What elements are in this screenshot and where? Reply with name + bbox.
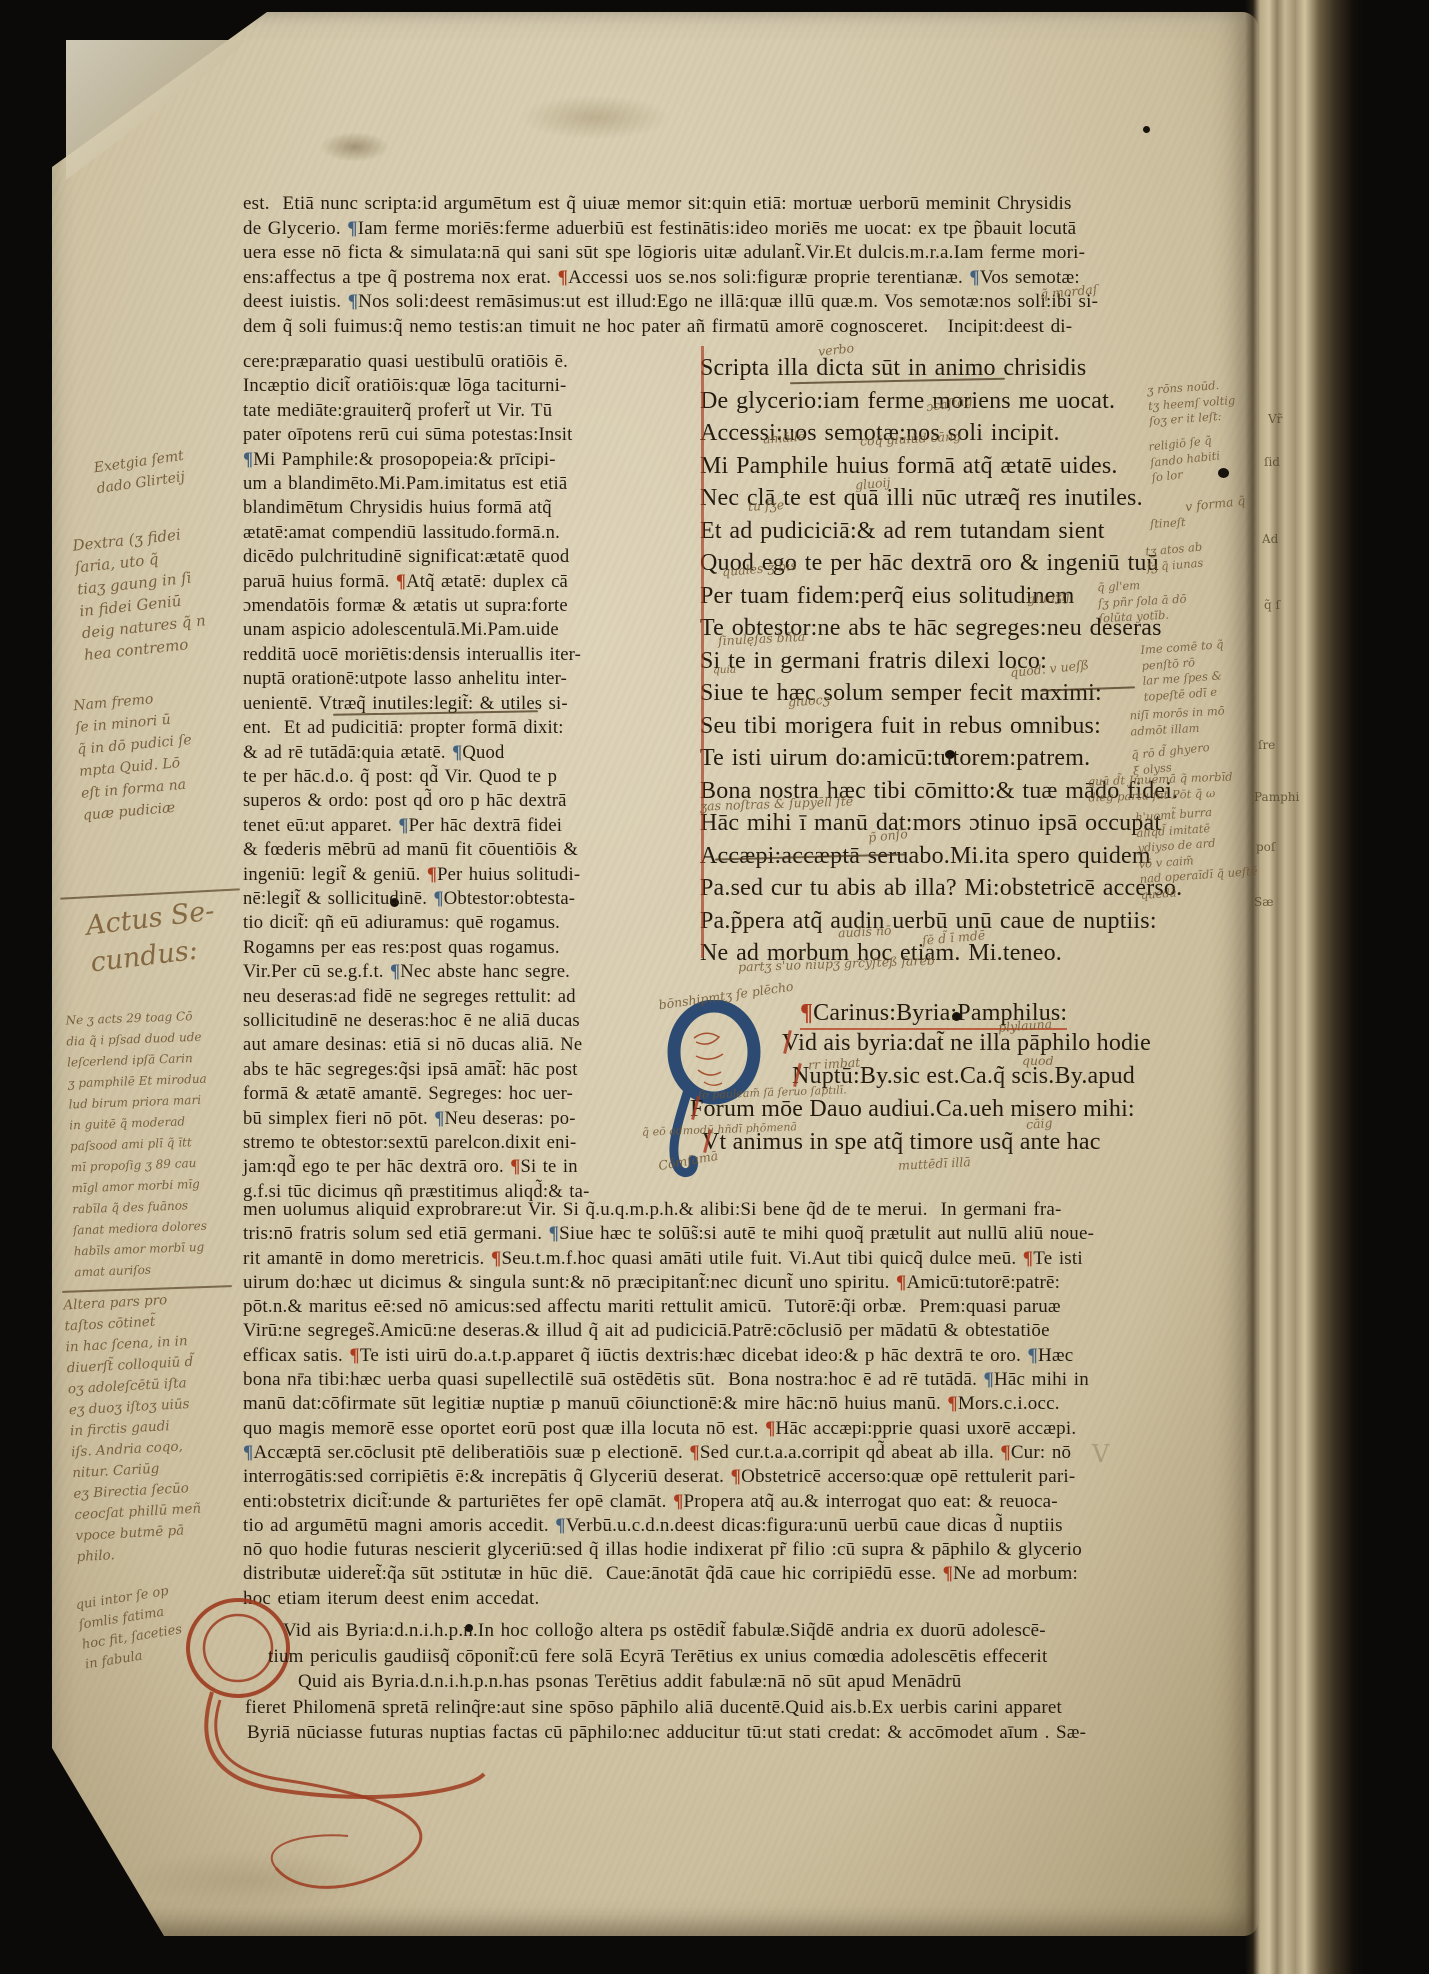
text-line: te per hāc.d.o. q̃ post: qd̃ Vir. Quod t… [243,765,663,789]
pilcrow-mark: ¶ [689,1442,699,1463]
interlinear-gloss: gluocʒ [788,692,831,710]
margin-note-dextra: Dextra (ʒ fideiſaria, uto q̃tiaʒ gaung i… [71,522,209,666]
margin-note-right: q̃ gl'emſʒ pñr ſola ā dōſolūta yotīb. [1097,576,1188,627]
interlinear-gloss: tu ſʒe [748,497,785,514]
text-line: formā & ætatē amantē. Segreges: hoc uer- [243,1082,663,1106]
text-line: um a blandimēto.Mi.Pam.imitatus est etiā [243,472,663,496]
interlinear-gloss: gluoʒij [1027,589,1070,607]
text-line: nē:legit̃ & sollicitudinē. ¶Obtestor:obt… [243,887,663,911]
margin-note-altera-pars: Altera pars protaſtos cōtinet̃in hac ſce… [63,1289,204,1568]
text-line: ent. Et ad pudicitiā: propter formā dixi… [243,716,663,740]
margin-note-long: Ne ʒ acts 29 toag Cōdia q̃ i pſsad duod … [65,1006,213,1284]
pilcrow-mark: ¶ [673,1491,683,1512]
pilcrow-mark: ¶ [969,267,979,288]
ink-dot [1143,126,1150,133]
edge-text-fragment: V [1092,1440,1109,1468]
margin-note-right: quā d̃t Jmuemā q̃ morbīddieg partu fat̃ … [1088,769,1234,805]
pilcrow-mark: ¶ [1023,1248,1033,1269]
pilcrow-mark: ¶ [433,888,443,909]
pilcrow-mark: ¶ [434,1108,444,1129]
text-line: Incæptio dicit̃ oratiōis:quæ lōga tacitu… [243,374,663,398]
book-scan: { "colors":{"ink":"#241b10","rubric_red"… [0,0,1429,1974]
text-line: dicēdo pulchritudinē significat:ætatē qu… [243,545,663,569]
text-line: abs te hāc segreges:q̃si ipsā amāt̃: hāc… [243,1058,663,1082]
margin-note-right: h'uomt̃ burraaliqd̃ imitatēydiyso de ard… [1135,802,1259,903]
scene-verse-line: Vid ais byria:dat̃ ne illa pāphilo hodie [782,1030,1151,1057]
top-commentary-block: est. Etiā nunc scripta:id argumētum est … [243,192,1223,340]
text-line: enti:obstetrix dicit̃:unde & parturiētes… [243,1490,1228,1514]
text-line: nō quo hodie futuras nescierit glyceriū:… [243,1538,1228,1562]
bottom-paragraph-line: fieret Philomenā spretā relinq̃re:aut si… [245,1697,1062,1719]
text-line: ɔmendatōis formæ & ætatis ut supra:forte [243,594,663,618]
pilcrow-mark: ¶ [510,1156,520,1177]
text-line: distributæ uideret̃:q̃a sūt ɔstitutæ in … [243,1562,1228,1586]
pilcrow-mark: ¶ [765,1418,775,1439]
text-line: sollicitudinē ne deseras:hoc ē ne aliā d… [243,1009,663,1033]
pilcrow-mark: ¶ [398,815,408,836]
text-line: rit amantē in domo meretricis. ¶Seu.t.m.… [243,1247,1228,1271]
pilcrow-mark: ¶ [558,267,568,288]
pilcrow-mark: ¶ [243,1442,253,1463]
pilcrow-mark: ¶ [452,742,462,763]
book-gutter-edges [1245,0,1365,1974]
margin-note: qui intor ſe opſomlis fatimahoc fit, ſac… [74,1581,186,1676]
bottom-paragraph-line: Vid ais Byria:d.n.i.h.p.n.In hoc collog̃… [283,1620,1046,1642]
bottom-paragraph-line: Quid ais Byria.d.n.i.h.p.n.has psonas Te… [298,1671,961,1693]
margin-note-right: ſtineſt [1150,515,1186,532]
text-line: tate mediāte:grauiterq̃ profert̃ ut Vir.… [243,399,663,423]
text-line: efficax satis. ¶Te isti uirū do.a.t.p.ap… [243,1344,1228,1368]
pilcrow-mark: ¶ [947,1393,957,1414]
text-line: de Glycerio. ¶Iam ferme moriēs:ferme adu… [243,217,1223,242]
edge-text-fragment: Ad [1262,532,1278,546]
pilcrow-mark: ¶ [731,1466,741,1487]
text-line: aut amare desinas: etiā si nō ducas aliā… [243,1033,663,1057]
pilcrow-mark: ¶ [349,1345,359,1366]
edge-text-fragment: poſ [1256,840,1275,854]
text-line: men uolumus aliquid exprobrare:ut Vir. S… [243,1198,1228,1222]
pilcrow-mark: ¶ [396,571,406,592]
pilcrow-mark: ¶ [943,1563,953,1584]
edge-text-fragment: Vr̃ [1268,412,1282,426]
rubrication-stroke [701,346,704,958]
text-line: Vir.Per cū se.g.f.t. ¶Nec abste hanc seg… [243,960,663,984]
margin-note-actus-secundus: Actus Se-cundus: [84,892,221,981]
pilcrow-mark: ¶ [491,1248,501,1269]
text-line: & ad rē tutādā:quia ætatē. ¶Quod [243,741,663,765]
text-line: tio dicit̃: qñ eū adiuramus: quē rogamus… [243,911,663,935]
text-line: est. Etiā nunc scripta:id argumētum est … [243,192,1223,217]
interlinear-gloss: quia [713,664,737,677]
text-line: Rogamns per eas res:post quas rogamus. [243,936,663,960]
edge-text-fragment: q̃ ſ [1264,598,1280,612]
text-line: uera esse nō ficta & simulata:nā qui san… [243,241,1223,266]
text-line: ſtineſt [1150,515,1186,532]
pilcrow-mark: ¶ [984,1369,994,1390]
text-line: & fœderis mēbrū ad manū fit cōuentiōis & [243,838,663,862]
edge-text-fragment: ſid [1264,455,1280,469]
text-line: superos & ordo: post qd̃ oro p hāc dextr… [243,789,663,813]
pilcrow-mark: ¶ [1027,1345,1037,1366]
pilcrow-mark: ¶ [390,961,400,982]
interlinear-gloss: amāllē [763,429,806,447]
pilcrow-mark: ¶ [555,1515,565,1536]
margin-note-right: religiō ſe q̃ſando habitiſo lor [1148,432,1223,486]
text-line: bona nr̄a tibi:hæc uerba quasi supellect… [243,1368,1228,1392]
text-line: jam:qd̃ ego te per hāc dextrā oro. ¶Si t… [243,1155,663,1179]
margin-note-right: ʒ rōns noūd.tʒ heemſ voltigſoʒ er it leſ… [1146,377,1236,429]
text-line: tris:nō fratris solum sed etiā germani. … [243,1222,1228,1246]
text-line: interrogātis:sed corripiētis ē:& increpā… [243,1465,1228,1489]
text-line: uirum do:hæc ut dicimus & singula sunt:&… [243,1271,1228,1295]
pilcrow-mark: ¶ [549,1223,559,1244]
text-line: cere:præparatio quasi uestibulū oratiōis… [243,350,663,374]
text-line: unam aspicio adolescentulā.Mi.Pam.uide [243,618,663,642]
text-line: stremo te obtestor:sextū parelcon.dixit … [243,1131,663,1155]
text-line: pater oīpotens rerū cui sūma potestas:In… [243,423,663,447]
text-line: blandimētum Chrysidis huius formā atq̃ [243,496,663,520]
pilcrow-mark: ¶ [243,449,253,470]
pilcrow-mark: ¶ [348,291,358,312]
edge-text-fragment: ſre [1258,738,1275,752]
text-line: dem q̃ soli fuimus:q̃ nemo testis:an tim… [243,315,1223,340]
pilcrow-mark: ¶ [1000,1442,1010,1463]
margin-note-right: Ime comē to q̃penſtō rōlar me ſpes &tope… [1140,637,1227,705]
text-line: neu deseras:ad fidē ne segreges rettulit… [243,985,663,1009]
interlinear-gloss: audis nō [838,923,892,941]
interlinear-gloss: gluoij [854,474,891,492]
text-line: manū dat:cōfirmate sūt legitiæ nuptiæ p … [243,1392,1228,1416]
text-line: ætatē:amat compendiū lassitudo.formā.n. [243,521,663,545]
interlinear-gloss: quod [1022,1053,1054,1068]
margin-note: Nam fremoſe in minori ūq̃ in dō pudici ſ… [72,685,198,827]
text-line: Virū:ne segreges̃.Amicū:ne deseras.& ill… [243,1319,1228,1343]
text-line: ingeniū: legit̃ & geniū. ¶Per huius soli… [243,863,663,887]
left-commentary-column: cere:præparatio quasi uestibulū oratiōis… [243,350,663,1204]
interlinear-gloss: rr imbat [808,1055,861,1073]
text-line: paruā huius formā. ¶Atq̃ ætatē: duplex c… [243,570,663,594]
interlinear-gloss: cāig [1026,1115,1053,1132]
pilcrow-mark: ¶ [896,1272,906,1293]
text-line: tenet eū:ut apparet. ¶Per hāc dextrā fid… [243,814,663,838]
pilcrow-mark: ¶ [347,218,357,239]
bottom-paragraph-line: Byriā nūciasse futuras nuptias factas cū… [247,1722,1086,1744]
bottom-paragraph-line: tium periculis gaudiisq̃ cōponit̃:cū fer… [268,1646,1048,1668]
text-line: nuptā orationē:utpote lasso anhelitu int… [243,667,663,691]
edge-text-fragment: Sæ [1254,895,1274,909]
edge-text-fragment: Pamphi [1254,790,1299,804]
text-line: bū simplex fieri nō pōt. ¶Neu deseras: p… [243,1107,663,1131]
text-line: tio ad argumētū magni amoris accedit. ¶V… [243,1514,1228,1538]
pilcrow-mark: ¶ [800,1000,813,1026]
lower-commentary-block: men uolumus aliquid exprobrare:ut Vir. S… [243,1198,1228,1611]
margin-note-right: niſī morōs in mōadmōt illam [1129,704,1226,740]
text-line: redditā uocē moriētis:densis interuallis… [243,643,663,667]
text-line: ¶Mi Pamphile:& prosopopeia:& prīcipi- [243,448,663,472]
pilcrow-mark: ¶ [427,864,437,885]
text-line: pōt.n.& maritus eē:sed nō amicus:sed aff… [243,1295,1228,1319]
scene-verse-line: Forum mōe Dauo audiui.Ca.ueh misero mihi… [690,1096,1135,1123]
text-line: ¶Accæptā ser.cōclusit ptē deliberatiōis … [243,1441,1228,1465]
text-line: quo magis memorē esse oportet eorū post … [243,1417,1228,1441]
margin-note-right: tʒ atos abſʒ q̃ iunas [1145,540,1204,576]
